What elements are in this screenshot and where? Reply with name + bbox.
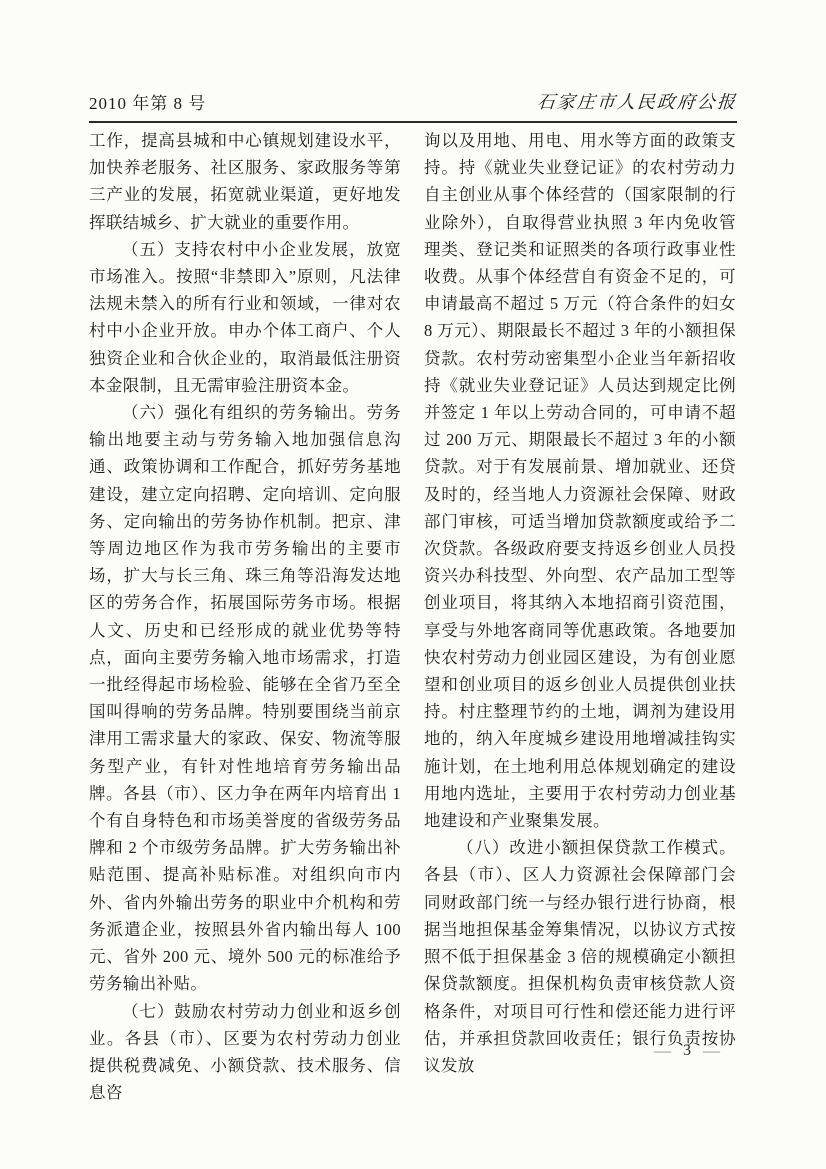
gazette-page: 2010 年第 8 号 石家庄市人民政府公报 工作，提高县城和中心镇规划建设水平…	[0, 0, 826, 1169]
right-column: 询以及用地、用电、用水等方面的政策支持。持《就业失业登记证》的农村劳动力自主创业…	[424, 127, 736, 1106]
paragraph-item-6: （六）强化有组织的劳务输出。劳务输出地要主动与劳务输入地加强信息沟通、政策协调和…	[89, 399, 401, 997]
paragraph-continuation: 工作，提高县城和中心镇规划建设水平，加快养老服务、社区服务、家政服务等第三产业的…	[89, 127, 401, 236]
paragraph-item-7: （七）鼓励农村劳动力创业和返乡创业。各县（市）、区要为农村劳动力创业提供税费减免…	[89, 998, 401, 1107]
page-number: — 3 —	[654, 1041, 720, 1061]
running-head: 2010 年第 8 号 石家庄市人民政府公报	[89, 88, 737, 123]
paragraph-item-7-continuation: 询以及用地、用电、用水等方面的政策支持。持《就业失业登记证》的农村劳动力自主创业…	[424, 127, 736, 834]
left-column: 工作，提高县城和中心镇规划建设水平，加快养老服务、社区服务、家政服务等第三产业的…	[89, 127, 401, 1106]
folio-dash-left: —	[654, 1041, 671, 1061]
folio-dash-right: —	[703, 1041, 720, 1061]
folio-number: 3	[683, 1042, 691, 1060]
body-content: 工作，提高县城和中心镇规划建设水平，加快养老服务、社区服务、家政服务等第三产业的…	[89, 127, 737, 1106]
issue-label: 2010 年第 8 号	[89, 89, 206, 114]
paragraph-item-5: （五）支持农村中小企业发展，放宽市场准入。按照“非禁即入”原则，凡法律法规未禁入…	[89, 236, 401, 399]
publication-title: 石家庄市人民政府公报	[536, 88, 738, 114]
